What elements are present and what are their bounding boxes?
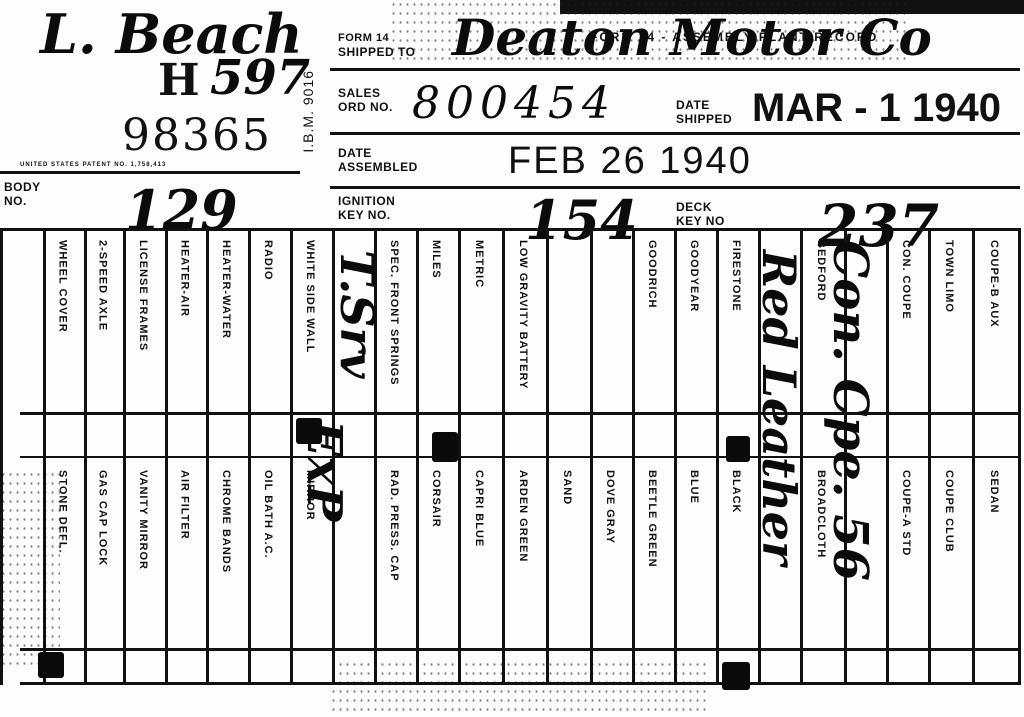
column-divider (248, 228, 251, 685)
body-number: 129 (125, 178, 238, 242)
date-assembled-value: FEB 26 1940 (508, 140, 752, 183)
serial-number: 98365 (122, 110, 272, 161)
assembly-plant-record-card: L. Beach H 597 98365 UNITED STATES PATEN… (0, 0, 1024, 717)
option-header: HEATER-WATER (220, 240, 232, 339)
column-divider (0, 228, 3, 685)
option-header: METRIC (473, 240, 485, 288)
date-shipped-label: DATESHIPPED (676, 98, 732, 126)
grid-bottom-2 (20, 682, 1020, 685)
option-header: HEATER-AIR (179, 240, 191, 317)
scan-noise (0, 470, 60, 670)
sales-ord-label: SALESORD NO. (338, 86, 393, 114)
column-divider (290, 228, 293, 685)
punch-mark (432, 432, 458, 462)
column-divider (972, 228, 975, 685)
option-header: FIRESTONE (730, 240, 742, 312)
option-subheader: CHROME BANDS (220, 470, 232, 573)
column-divider (84, 228, 87, 685)
grid-top (0, 228, 1020, 231)
springs-note: T.Srv (330, 250, 384, 379)
option-subheader: BLUE (688, 470, 700, 504)
punch-mark (296, 418, 322, 444)
option-header: SPEC. FRONT SPRINGS (388, 240, 400, 386)
divider (0, 171, 300, 174)
punch-mark (726, 436, 750, 462)
option-subheader: DOVE GRAY (604, 470, 616, 544)
option-subheader: ARDEN GREEN (517, 470, 529, 562)
ibm-code: I.B.M. 9016 (300, 70, 316, 153)
option-subheader: OIL BATH A.C. (262, 470, 274, 559)
patent-text: UNITED STATES PATENT NO. 1,758,413 (20, 162, 166, 168)
option-header: GOODRICH (646, 240, 658, 309)
option-subheader: RAD. PRESS. CAP (388, 470, 400, 582)
plant-code: H (158, 55, 200, 106)
date-assembled-label: DATEASSEMBLED (338, 146, 418, 174)
punch-mark (722, 662, 750, 690)
option-header: TOWN LIMO (943, 240, 955, 313)
option-header: GOODYEAR (688, 240, 700, 312)
column-divider (632, 228, 635, 685)
option-subheader: SEDAN (988, 470, 1000, 514)
option-header: WHEEL COVER (57, 240, 69, 333)
scan-noise (330, 660, 710, 715)
column-divider (928, 228, 931, 685)
column-divider (546, 228, 549, 685)
divider (330, 186, 1020, 189)
option-subheader: COUPE-A STD (900, 470, 912, 556)
option-header: LICENSE FRAMES (137, 240, 149, 351)
divider (330, 68, 1020, 71)
column-divider (206, 228, 209, 685)
column-divider (165, 228, 168, 685)
option-subheader: GAS CAP LOCK (97, 470, 109, 566)
trim-note: Red Leather (752, 250, 806, 565)
option-header: LOW GRAVITY BATTERY (517, 240, 529, 389)
option-subheader: STONE DEFL. (57, 470, 69, 554)
option-subheader: CAPRI BLUE (473, 470, 485, 547)
ignition-label: IGNITIONKEY NO. (338, 194, 395, 222)
column-divider (1018, 228, 1021, 685)
body-label: BODYNO. (4, 180, 41, 208)
divider (330, 132, 1020, 135)
option-header: CON. COUPE (900, 240, 912, 320)
option-header: WHITE SIDE WALL (304, 240, 316, 353)
form-label: FORM 14SHIPPED TO (338, 30, 415, 59)
column-divider (458, 228, 461, 685)
sales-ord-value: 800454 (412, 78, 616, 129)
column-divider (716, 228, 719, 685)
ignition-value: 154 (525, 188, 638, 252)
body-note: Con. Cpe. 56 (822, 240, 878, 581)
option-subheader: BLACK (730, 470, 742, 514)
column-divider (123, 228, 126, 685)
option-subheader: BEETLE GREEN (646, 470, 658, 568)
punch-mark (38, 652, 64, 678)
option-subheader: CORSAIR (430, 470, 442, 528)
option-header: 2-SPEED AXLE (97, 240, 109, 331)
column-divider (674, 228, 677, 685)
column-divider (502, 228, 505, 685)
option-subheader: COUPE CLUB (943, 470, 955, 553)
column-divider (590, 228, 593, 685)
option-header: RADIO (262, 240, 274, 280)
date-shipped-value: MAR - 1 1940 (752, 86, 1001, 131)
option-subheader: SAND (561, 470, 573, 505)
option-subheader: AIR FILTER (179, 470, 191, 540)
grid-bottom-1 (20, 648, 1020, 651)
option-header: COUPE-B AUX (988, 240, 1000, 328)
plant-number: 597 (210, 50, 310, 106)
deck-label: DECKKEY NO (676, 200, 725, 228)
column-divider (43, 228, 46, 685)
option-subheader: VANITY MIRROR (137, 470, 149, 570)
shipped-to-value: Deaton Motor Co (452, 8, 932, 67)
column-divider (416, 228, 419, 685)
column-divider (886, 228, 889, 685)
option-header: MILES (430, 240, 442, 279)
